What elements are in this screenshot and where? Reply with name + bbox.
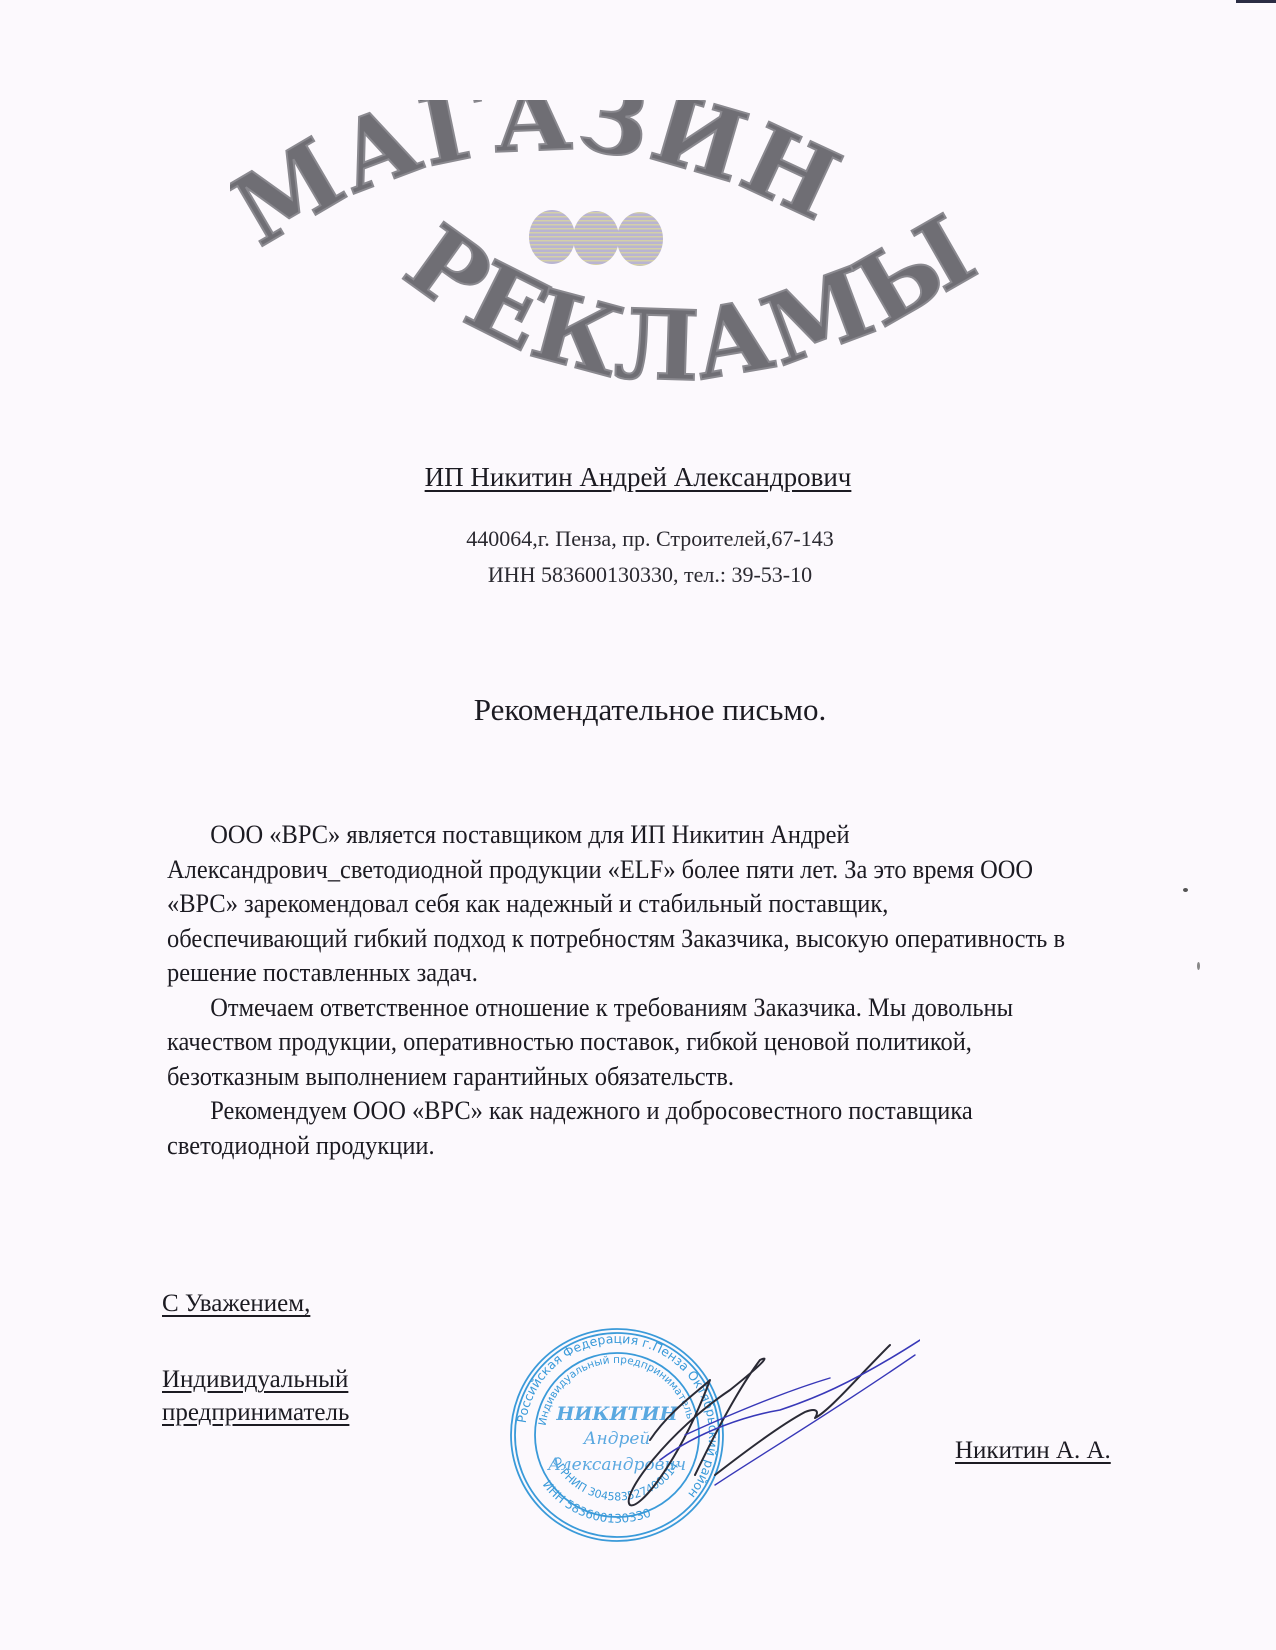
company-inn-phone: ИНН 583600130330, тел.: 39-53-10 [0, 562, 1276, 588]
scan-speck [1197, 962, 1200, 970]
position-line-1: Индивидуальный [162, 1363, 348, 1396]
logo-line-2: РЕКЛАМЫ [386, 192, 995, 403]
company-address: 440064,г. Пенза, пр. Строителей,67-143 [0, 526, 1276, 552]
signer-name: Никитин А. А. [955, 1437, 1111, 1465]
company-name-text: ИП Никитин Андрей Александрович [425, 462, 852, 492]
letter-title: Рекомендательное письмо. [0, 692, 1276, 728]
position-line-2: предприниматель [162, 1396, 349, 1429]
logo-dot-2 [573, 211, 619, 265]
shop-logo: МАГАЗИН РЕКЛАМЫ [230, 100, 1050, 460]
closing-text: С Уважением, [162, 1287, 310, 1320]
handwritten-signature [590, 1300, 920, 1530]
scan-edge [1236, 0, 1276, 3]
paragraph-2: Отмечаем ответственное отношение к требо… [167, 991, 1069, 1095]
logo-dot-3 [617, 212, 663, 266]
letter-body: ООО «ВРС» является поставщиком для ИП Ни… [167, 818, 1069, 1163]
paragraph-1: ООО «ВРС» является поставщиком для ИП Ни… [167, 818, 1069, 991]
paragraph-3: Рекомендуем ООО «ВРС» как надежного и до… [167, 1094, 1069, 1163]
scan-speck [1183, 888, 1188, 892]
logo-dot-1 [529, 210, 575, 264]
company-name: ИП Никитин Андрей Александрович [0, 462, 1276, 493]
